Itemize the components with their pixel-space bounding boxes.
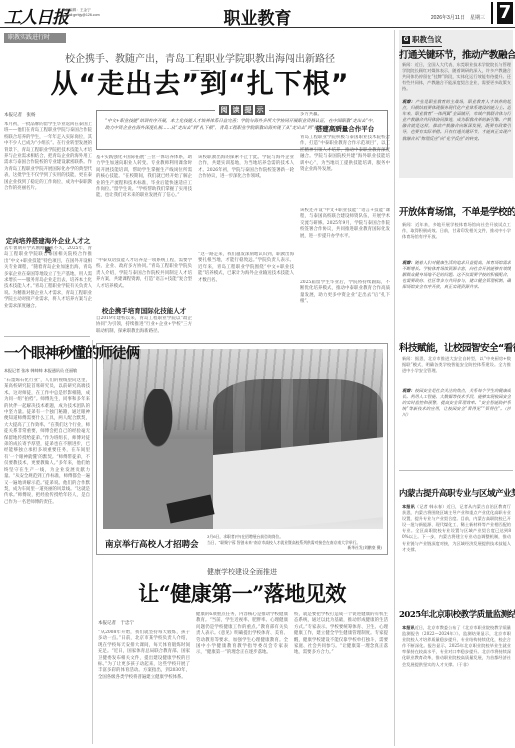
opinion-column-icon: G xyxy=(402,36,410,44)
opinion3-news: 新闻：据悉，北京市推进大安全自转型，以“中央厨房+数据联”模式，明确各类学校智能… xyxy=(402,356,511,386)
opinion3-title: 科技赋能，让校园智安全“看得见” xyxy=(399,340,513,354)
photo-title: 南京举行高校人才招聘会 xyxy=(105,538,199,550)
sidebar-rule xyxy=(394,30,395,746)
opinion3-view: 观察：校园安全是社会关注的焦点，关系每个学生的健康成长。利用人工智能、大数据等技… xyxy=(402,388,511,466)
divider xyxy=(399,470,513,471)
photo-box: 南京举行高校人才招聘会 3月6日，求职者(中)在招聘展台前咨询岗位。 当日，“职… xyxy=(96,343,388,555)
opinion2-title: 开放体育场馆，不单是学校的事 xyxy=(399,204,513,218)
opinion-label: G 职教刍议 xyxy=(402,34,442,47)
bottom-kicker: 健康学校建设全面推进 xyxy=(96,567,388,577)
second-story-headline: 一个眼神秒懂的师徒俩 xyxy=(4,342,90,363)
divider xyxy=(4,336,90,337)
opinion1-news: 新闻：近日，全国人大代表、东莞职业技术学院院长与管理学院院长顾红对媒体表示，随着… xyxy=(402,62,511,98)
lead-col4c: 2025届留学生毕业后，学院将持续跟踪，不断优化培养模式，推动中泰职业教育合作高… xyxy=(300,280,390,338)
lead-col4-intro: 多方共赢。 xyxy=(300,112,390,120)
masthead: 工人日报 责任编辑：王金宁 E-mail:grrbjy@126.com 职业教育… xyxy=(0,0,515,28)
lead-col1: 本月初，一批品牌的留学生毕业返回在泰国上班——他们在青岛工程职业学院与泰国合作院… xyxy=(4,122,92,232)
opinion2-news: 新闻：近年来，多地开展学校体育场馆向社会开放试点工作，取得积极成效。日前，甘肃印… xyxy=(402,222,511,258)
bottom-col2: 健康的6项重点任务，内容核心是推动学校健康教育。“当前，学生近视率、肥胖率、心理… xyxy=(196,612,288,746)
lead-col4b: 该校还开设“中文+职业技能”“语言+技能”课程，与泰国高校联合建设师资队伍，开展… xyxy=(300,208,390,278)
news2-title: 2025年北京职校教学质量监测结果公布 xyxy=(399,608,513,620)
second-story-byline: 本报记者 张冰 韩帅帅 本报通讯员 任丽敏 xyxy=(4,368,90,374)
photo-caption: 3月6日，求职者(中)在招聘展台前咨询岗位。 当日，“职聚宁蓉 智创未来”南京市… xyxy=(207,534,382,551)
lead-col3b: “这一路走来，我们越发深刻地认识到，职教出海要扎根当地，才能行稳致远。”学院负责… xyxy=(198,252,294,338)
lead-col2b: “中泰双语技能人才培养是一项系统工程，需要学校、企业、政府多方协同。”青岛工程职… xyxy=(96,258,192,302)
lead-headline: 从“走出去”到“扎下根” xyxy=(40,62,360,101)
opinion1-title: 打通关键环节，推动产教融合进阶 xyxy=(399,47,513,61)
opinion2-view: 观察：随着人们对健康生活的追求日益提高，体育场馆需求不断增长。学校体育场馆资源丰… xyxy=(402,260,511,320)
lead-byline: 本报记者 张杨 xyxy=(4,112,36,118)
issue-date: 2026年3月11日 星期三 xyxy=(431,14,485,21)
lead-col3: 该校职教出海的探索不止于此。学院与海外企业合作，共建实训基地，为当地培养急需的技… xyxy=(198,155,294,250)
lead-col1b: 去年暑期开学式刚刚结束不久，2025年，青岛工程职业学院联合泰国相关院校合作推出… xyxy=(4,246,92,332)
bottom-col3: 校，就是要把学校打造成一个促进健康的有机生态系统，通过以此为基础，推动形成健康的… xyxy=(294,612,388,746)
column-rule xyxy=(92,340,93,744)
column-label: 职教实践进行时 xyxy=(4,33,66,43)
lead-subhead-3: 搭建高质量合作平台 xyxy=(300,124,390,133)
reading-tips-title: 阅 读 提 示 xyxy=(215,105,269,115)
lead-subhead-2: 校企携手培育国际化技能人才 xyxy=(96,306,192,315)
lead-col2c: 自2019年建校以来，青岛工程职业学院以“政企协同”为引领，持续推进“行业+企业… xyxy=(96,316,192,338)
second-story-body: “石墨烯石化行业”，人们的视线望向这里，某高校研究院首席研究员，以前研究高端技术… xyxy=(4,378,90,744)
news1-title: 内蒙古提升高职专业与区域产业契合度 xyxy=(399,487,513,499)
lead-col4: 青岛工程职业学院积极与泰国职业技术院校合作，打造“中泰职业教育合作示范项目”，以… xyxy=(300,135,390,205)
bottom-byline: 本报记者 于忠宁 xyxy=(98,620,134,626)
news1-body: 本报讯（记者 韩永春）近日，记者从内蒙古自治区教育厅获悉，内蒙古将围绕区域主导产… xyxy=(402,504,511,604)
page-number: 7 xyxy=(493,2,513,24)
lead-col2: 基+实践强化+国际拓展”三位一体培养体系，助力学生加速向职业人转变。专业教师利用… xyxy=(96,155,192,255)
news2-body: 本报讯近日，北京市教委公布了《北京市职业院校教学质量监测报告（2022—2024… xyxy=(402,625,511,745)
opinion1-view: 观察：产业是职业教育的主战场，职业教育人才培养的起点，归根结底要体现服务现代化产… xyxy=(402,99,511,177)
job-fair-photo xyxy=(103,349,383,529)
bottom-col1: “从2008年开始，我们就坚持每天锻炼，孩子多动一点。”日前，北京市某学校负责人… xyxy=(98,630,190,746)
bottom-headline: 让“健康第一”落地见效 xyxy=(96,578,388,608)
